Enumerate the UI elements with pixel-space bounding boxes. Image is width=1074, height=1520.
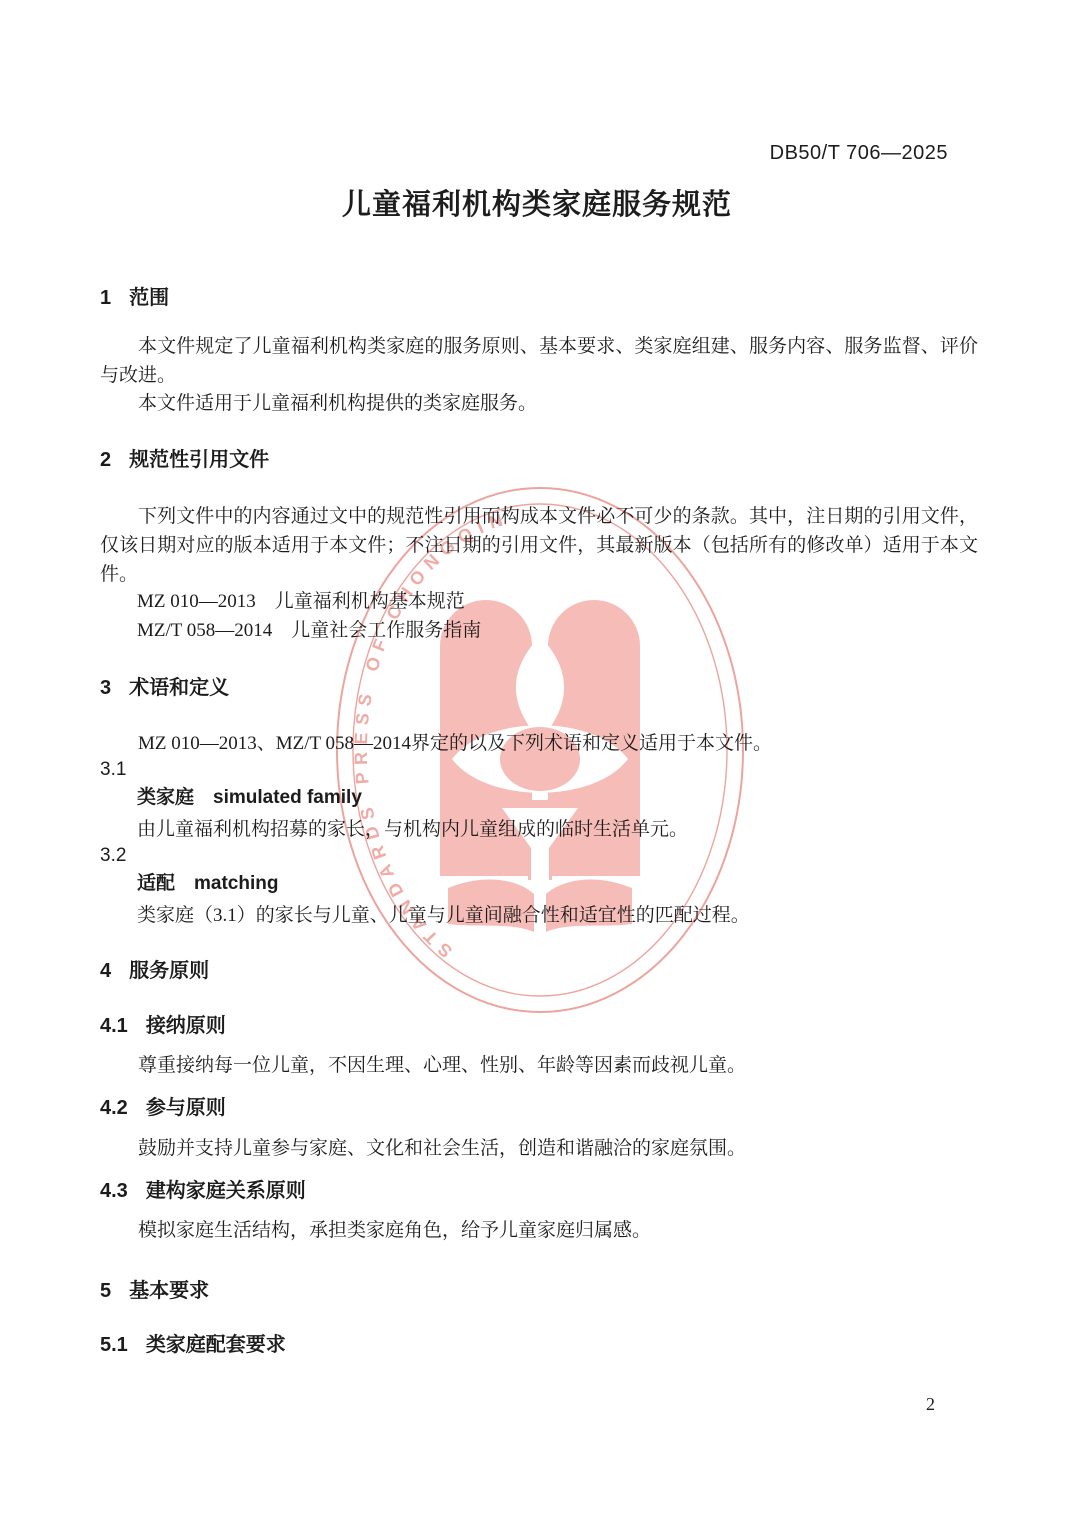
section-title: 基本要求 [129,1279,209,1303]
section-number: 1 [100,286,111,310]
section-heading-1: 1 范围 [100,286,169,310]
standard-number: DB50/T 706—2025 [770,142,948,165]
subsection-number: 4.2 [100,1096,128,1120]
paragraph: 鼓励并支持儿童参与家庭、文化和社会生活，创造和谐融洽的家庭氛围。 [100,1134,978,1163]
section-heading-5: 5 基本要求 [100,1279,209,1303]
paragraph: 本文件规定了儿童福利机构类家庭的服务原则、基本要求、类家庭组建、服务内容、服务监… [100,332,978,390]
press-logo [440,600,640,932]
section-number: 2 [100,448,111,472]
normative-reference: MZ 010—2013 儿童福利机构基本规范 [137,587,978,616]
section-title: 范围 [129,286,169,310]
subsection-title: 建构家庭关系原则 [146,1179,306,1203]
document-page: STANDARDS PRESS OF CHONGQING DB50/T 706—… [0,0,1074,1520]
subsection-title: 接纳原则 [146,1014,226,1038]
normative-reference: MZ/T 058—2014 儿童社会工作服务指南 [137,616,978,645]
subsection-number: 4.3 [100,1179,128,1203]
section-title: 术语和定义 [129,676,229,700]
section-heading-2: 2 规范性引用文件 [100,448,269,472]
page-number: 2 [926,1394,935,1415]
section-number: 3 [100,676,111,700]
section-title: 服务原则 [129,959,209,983]
press-logo-cutouts [452,636,628,888]
subsection-heading-4-3: 4.3 建构家庭关系原则 [100,1179,306,1203]
term-number: 3.1 [100,758,126,782]
page-title: 儿童福利机构类家庭服务规范 [0,182,1074,223]
section-heading-4: 4 服务原则 [100,959,209,983]
paragraph: 下列文件中的内容通过文中的规范性引用而构成本文件必不可少的条款。其中，注日期的引… [100,502,978,589]
section-number: 4 [100,959,111,983]
subsection-heading-5-1: 5.1 类家庭配套要求 [100,1333,286,1357]
term-number: 3.2 [100,844,126,868]
subsection-title: 参与原则 [146,1096,226,1120]
term-title: 类家庭 simulated family [137,786,362,810]
term-title: 适配 matching [137,872,278,896]
paragraph: 本文件适用于儿童福利机构提供的类家庭服务。 [100,389,978,418]
term-definition: 类家庭（3.1）的家长与儿童、儿童与儿童间融合性和适宜性的匹配过程。 [137,901,978,930]
section-heading-3: 3 术语和定义 [100,676,229,700]
subsection-title: 类家庭配套要求 [146,1333,286,1357]
paragraph: 尊重接纳每一位儿童，不因生理、心理、性别、年龄等因素而歧视儿童。 [100,1051,978,1080]
subsection-number: 4.1 [100,1014,128,1038]
section-title: 规范性引用文件 [129,448,269,472]
paragraph: MZ 010—2013、MZ/T 058—2014界定的以及下列术语和定义适用于… [100,729,978,758]
subsection-heading-4-2: 4.2 参与原则 [100,1096,226,1120]
subsection-heading-4-1: 4.1 接纳原则 [100,1014,226,1038]
paragraph: 模拟家庭生活结构，承担类家庭角色，给予儿童家庭归属感。 [100,1216,978,1245]
section-number: 5 [100,1279,111,1303]
subsection-number: 5.1 [100,1333,128,1357]
term-definition: 由儿童福利机构招募的家长，与机构内儿童组成的临时生活单元。 [137,815,978,844]
